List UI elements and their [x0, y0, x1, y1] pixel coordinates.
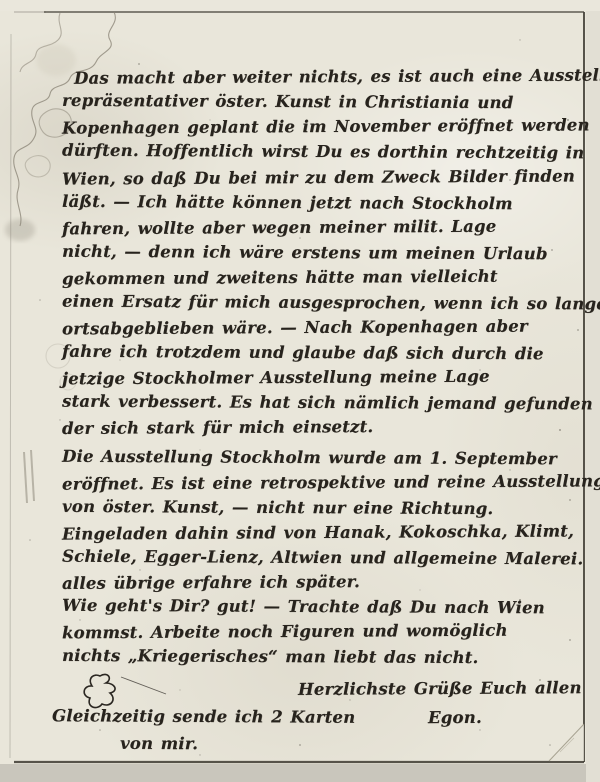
letter-scan: Das macht aber weiter nichts, es ist auc… [0, 0, 600, 782]
letter-line: Eingeladen dahin sind von Hanak, Kokosch… [62, 520, 574, 545]
letter-line: repräsentativer öster. Kunst in Christia… [62, 90, 514, 114]
letter-line: kommst. Arbeite noch Figuren und womögli… [62, 620, 508, 645]
letter-line: Die Ausstellung Stockholm wurde am 1. Se… [62, 446, 557, 471]
letter-line: Schiele, Egger-Lienz, Altwien und allgem… [62, 546, 583, 571]
letter-closing: Herzlichste Grüße Euch allen [298, 677, 582, 701]
letter-line: stark verbessert. Es hat sich nämlich je… [62, 391, 593, 416]
letter-line: läßt. — Ich hätte können jetzt nach Stoc… [62, 191, 513, 215]
letter-line: der sich stark für mich einsetzt. [62, 416, 373, 440]
letter-line: jetzige Stockholmer Ausstellung meine La… [62, 366, 490, 391]
letter-line: nichts „Kriegerisches“ man liebt das nic… [62, 645, 479, 669]
letter-body: Das macht aber weiter nichts, es ist auc… [0, 0, 600, 782]
letter-line: gekommen und zweitens hätte man vielleic… [62, 266, 498, 291]
letter-line: fahren, wollte aber wegen meiner milit. … [62, 216, 497, 241]
letter-line: einen Ersatz für mich ausgesprochen, wen… [62, 291, 600, 316]
letter-line: nicht, — denn ich wäre erstens um meinen… [62, 241, 548, 266]
letter-line: dürften. Hoffentlich wirst Du es dorthin… [62, 140, 584, 165]
postscript-line: von mir. [120, 733, 198, 755]
letter-line: fahre ich trotzdem und glaube daß sich d… [62, 341, 544, 366]
letter-line: von öster. Kunst, — nicht nur eine Richt… [62, 496, 493, 520]
letter-line: Das macht aber weiter nichts, es ist auc… [74, 64, 600, 89]
letter-line: eröffnet. Es ist eine retrospektive und … [62, 470, 600, 495]
letter-line: Wien, so daß Du bei mir zu dem Zweck Bil… [62, 165, 575, 190]
letter-line: alles übrige erfahre ich später. [62, 571, 360, 595]
letter-line: ortsabgeblieben wäre. — Nach Kopenhagen … [62, 316, 528, 341]
letter-line: Wie geht's Dir? gut! — Trachte daß Du na… [62, 595, 545, 620]
letter-line: Kopenhagen geplant die im November eröff… [62, 114, 590, 139]
postscript-line: Gleichzeitig sende ich 2 Karten [52, 705, 355, 729]
letter-signature: Egon. [428, 707, 482, 729]
